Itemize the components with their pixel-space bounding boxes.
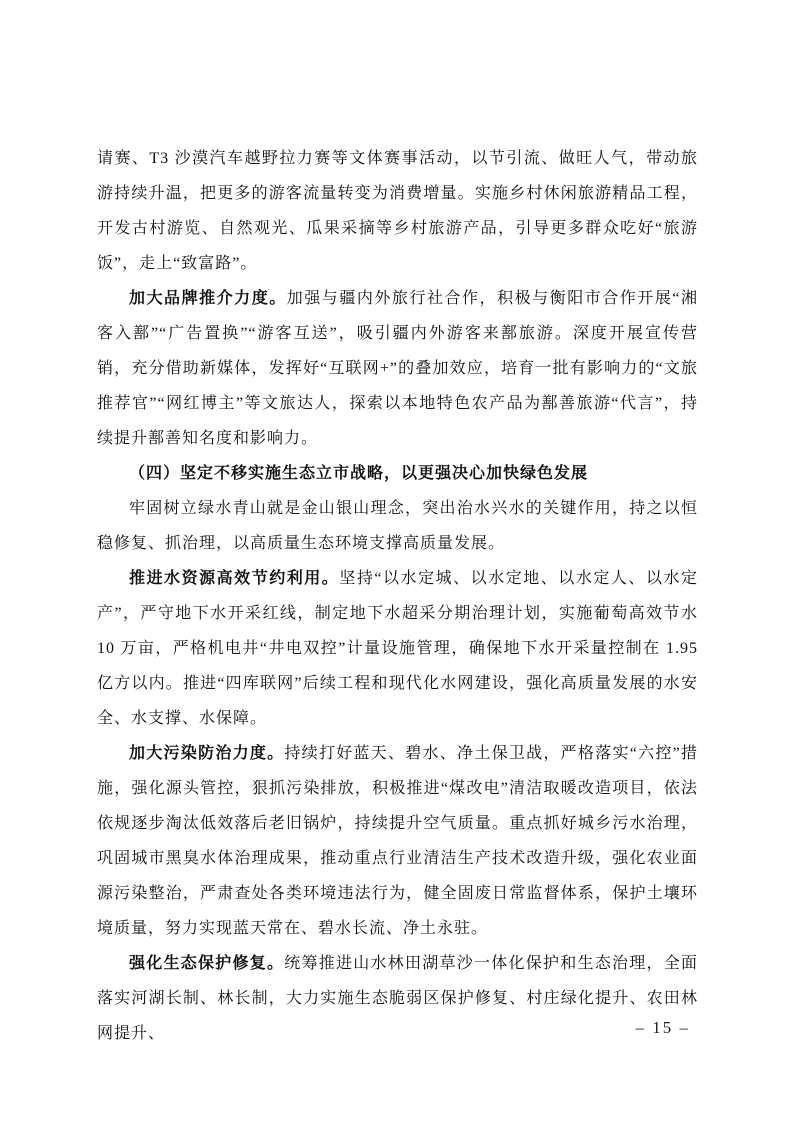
paragraph-bold-lead: 强化生态保护修复。 bbox=[129, 955, 284, 972]
document-body: 请赛、T3 沙漠汽车越野拉力赛等文体赛事活动，以节引流、做旺人气，带动旅游持续升… bbox=[97, 141, 698, 1051]
paragraph-pollution-control: 加大污染防治力度。持续打好蓝天、碧水、净土保卫战，严格落实“六控”措施，强化源头… bbox=[97, 736, 698, 946]
paragraph-text: 牢固树立绿水青山就是金山银山理念，突出治水兴水的关键作用，持之以恒稳修复、抓治理… bbox=[97, 500, 698, 552]
document-page: 请赛、T3 沙漠汽车越野拉力赛等文体赛事活动，以节引流、做旺人气，带动旅游持续升… bbox=[0, 0, 793, 1122]
paragraph-continuation: 请赛、T3 沙漠汽车越野拉力赛等文体赛事活动，以节引流、做旺人气，带动旅游持续升… bbox=[97, 141, 698, 281]
paragraph-ecology-intro: 牢固树立绿水青山就是金山银山理念，突出治水兴水的关键作用，持之以恒稳修复、抓治理… bbox=[97, 491, 698, 561]
paragraph-brand-promotion: 加大品牌推介力度。加强与疆内外旅行社合作，积极与衡阳市合作开展“湘客入鄯”“广告… bbox=[97, 281, 698, 456]
paragraph-text: 加强与疆内外旅行社合作，积极与衡阳市合作开展“湘客入鄯”“广告置换”“游客互送”… bbox=[97, 290, 698, 447]
paragraph-text: 坚持“以水定城、以水定地、以水定人、以水定产”，严守地下水开采红线，制定地下水超… bbox=[97, 570, 698, 727]
paragraph-bold-lead: 加大污染防治力度。 bbox=[129, 745, 284, 762]
paragraph-text: 持续打好蓝天、碧水、净土保卫战，严格落实“六控”措施，强化源头管控，狠抓污染排放… bbox=[97, 745, 698, 937]
section-heading-four: （四）坚定不移实施生态立市战略，以更强决心加快绿色发展 bbox=[97, 456, 698, 491]
paragraph-bold-lead: 推进水资源高效节约利用。 bbox=[129, 570, 339, 587]
paragraph-text: 请赛、T3 沙漠汽车越野拉力赛等文体赛事活动，以节引流、做旺人气，带动旅游持续升… bbox=[97, 150, 698, 272]
page-number: – 15 – bbox=[0, 1017, 690, 1039]
paragraph-water-resources: 推进水资源高效节约利用。坚持“以水定城、以水定地、以水定人、以水定产”，严守地下… bbox=[97, 561, 698, 736]
paragraph-bold-lead: 加大品牌推介力度。 bbox=[129, 290, 287, 307]
